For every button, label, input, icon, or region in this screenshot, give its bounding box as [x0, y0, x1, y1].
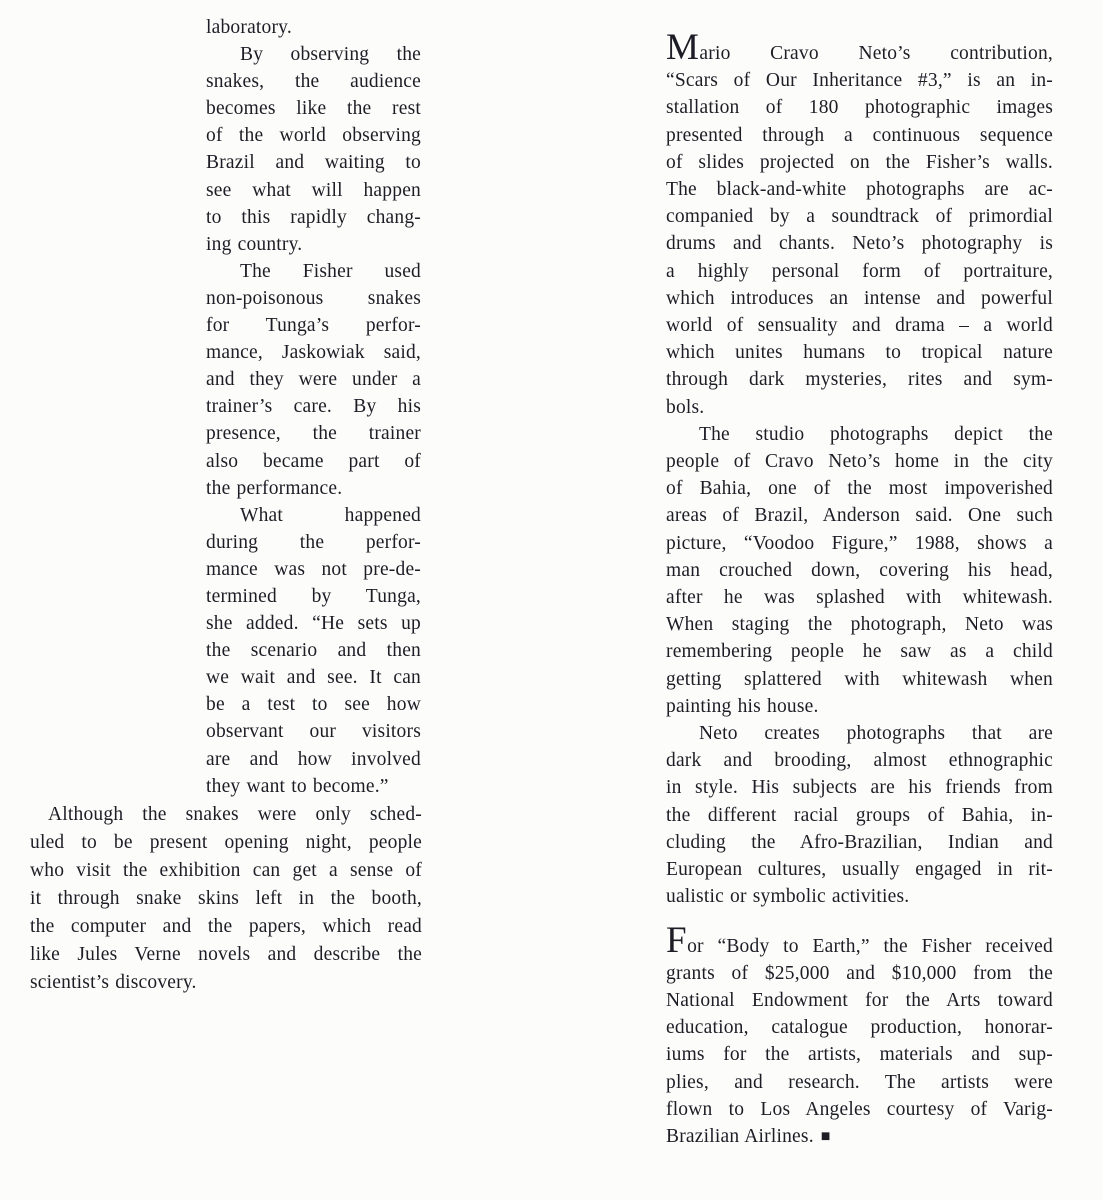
text-line: she added. “He sets up: [206, 610, 421, 637]
text-line: For “Body to Earth,” the Fisher received: [666, 933, 1053, 960]
paragraph: Although the snakes were only sched-uled…: [30, 801, 422, 997]
paragraph: Neto creates photographs that aredark an…: [666, 720, 1053, 910]
text-line: stallation of 180 photographic images: [666, 94, 1053, 121]
text-line: areas of Brazil, Anderson said. One such: [666, 502, 1053, 529]
text-line: scientist’s discovery.: [30, 969, 422, 997]
text-line: European cultures, usually engaged in ri…: [666, 856, 1053, 883]
text-line: the scenario and then: [206, 637, 421, 664]
text-line: snakes, the audience: [206, 68, 421, 95]
paragraph: Mario Cravo Neto’s contribution,“Scars o…: [666, 40, 1053, 421]
text-line: The Fisher used: [206, 258, 421, 285]
text-line: in style. His subjects are his friends f…: [666, 774, 1053, 801]
paragraph: What happenedduring the perfor-mance was…: [206, 502, 421, 800]
text-line: “Scars of Our Inheritance #3,” is an in-: [666, 67, 1053, 94]
text-line: grants of $25,000 and $10,000 from the: [666, 960, 1053, 987]
text-line: like Jules Verne novels and describe the: [30, 941, 422, 969]
text-line: during the perfor-: [206, 529, 421, 556]
text-line: world of sensuality and drama – a world: [666, 312, 1053, 339]
text-line: bols.: [666, 394, 1053, 421]
text-line: the different racial groups of Bahia, in…: [666, 802, 1053, 829]
text-line: The black-and-white photographs are ac-: [666, 176, 1053, 203]
text-line: mance, Jaskowiak said,: [206, 339, 421, 366]
text-line: observant our visitors: [206, 718, 421, 745]
text-line: people of Cravo Neto’s home in the city: [666, 448, 1053, 475]
text-line: companied by a soundtrack of primordial: [666, 203, 1053, 230]
text-line: becomes like the rest: [206, 95, 421, 122]
text-line: presence, the trainer: [206, 420, 421, 447]
paragraph: The Fisher usednon-poisonous snakesfor T…: [206, 258, 421, 502]
text-line: we wait and see. It can: [206, 664, 421, 691]
text-line: man crouched down, covering his head,: [666, 557, 1053, 584]
text-line: When staging the photograph, Neto was: [666, 611, 1053, 638]
paragraph: By observing thesnakes, the audiencebeco…: [206, 41, 421, 258]
text-line: By observing the: [206, 41, 421, 68]
text-line: painting his house.: [666, 693, 1053, 720]
text-line: a highly personal form of portraiture,: [666, 258, 1053, 285]
text-line: after he was splashed with whitewash.: [666, 584, 1053, 611]
text-line: see what will happen: [206, 177, 421, 204]
text-line: which introduces an intense and powerful: [666, 285, 1053, 312]
text-line: presented through a continuous sequence: [666, 122, 1053, 149]
text-line: Neto creates photographs that are: [666, 720, 1053, 747]
text-line: the performance.: [206, 475, 421, 502]
text-line: and they were under a: [206, 366, 421, 393]
text-line: Brazil and waiting to: [206, 149, 421, 176]
paragraph: The studio photographs depict thepeople …: [666, 421, 1053, 720]
text-line: termined by Tunga,: [206, 583, 421, 610]
text-line: ualistic or symbolic activities.: [666, 883, 1053, 910]
paragraph: laboratory.: [206, 14, 421, 41]
text-line: are and how involved: [206, 746, 421, 773]
scanned-article-page: laboratory.By observing thesnakes, the a…: [0, 0, 1103, 1200]
text-line: of Bahia, one of the most impoverished: [666, 475, 1053, 502]
text-line: they want to become.”: [206, 773, 421, 800]
text-line: the computer and the papers, which read: [30, 913, 422, 941]
text-line: mance was not pre-de-: [206, 556, 421, 583]
text-line: to this rapidly chang-: [206, 204, 421, 231]
raised-initial-capital: M: [666, 27, 699, 68]
text-line: iums for the artists, materials and sup-: [666, 1041, 1053, 1068]
text-line: Although the snakes were only sched-: [30, 801, 422, 829]
text-line: remembering people he saw as a child: [666, 638, 1053, 665]
text-line: flown to Los Angeles courtesy of Varig-: [666, 1096, 1053, 1123]
text-line: What happened: [206, 502, 421, 529]
raised-initial-capital: F: [666, 920, 687, 961]
text-line: trainer’s care. By his: [206, 393, 421, 420]
text-line: for Tunga’s perfor-: [206, 312, 421, 339]
text-line: also became part of: [206, 448, 421, 475]
text-line: plies, and research. The artists were: [666, 1069, 1053, 1096]
text-line: Mario Cravo Neto’s contribution,: [666, 40, 1053, 67]
text-line: of the world observing: [206, 122, 421, 149]
text-line: uled to be present opening night, people: [30, 829, 422, 857]
text-line: it through snake skins left in the booth…: [30, 885, 422, 913]
paragraph: For “Body to Earth,” the Fisher received…: [666, 933, 1053, 1152]
text-line: dark and brooding, almost ethnographic: [666, 747, 1053, 774]
text-line: picture, “Voodoo Figure,” 1988, shows a: [666, 530, 1053, 557]
text-line: who visit the exhibition can get a sense…: [30, 857, 422, 885]
text-line: through dark mysteries, rites and sym-: [666, 366, 1053, 393]
text-line: cluding the Afro-Brazilian, Indian and: [666, 829, 1053, 856]
text-line: getting splattered with whitewash when: [666, 666, 1053, 693]
text-line: ing country.: [206, 231, 421, 258]
text-line: The studio photographs depict the: [666, 421, 1053, 448]
right-column: Mario Cravo Neto’s contribution,“Scars o…: [666, 40, 1053, 1151]
text-line: be a test to see how: [206, 691, 421, 718]
text-line: which unites humans to tropical nature: [666, 339, 1053, 366]
text-line: non-poisonous snakes: [206, 285, 421, 312]
left-wide-paragraph-block: Although the snakes were only sched-uled…: [30, 801, 422, 997]
text-line: National Endowment for the Arts toward: [666, 987, 1053, 1014]
text-line: drums and chants. Neto’s photography is: [666, 230, 1053, 257]
text-line: laboratory.: [206, 14, 421, 41]
left-narrow-column: laboratory.By observing thesnakes, the a…: [206, 14, 421, 800]
text-line: Brazilian Airlines.■: [666, 1123, 1053, 1151]
end-of-article-marker-icon: ■: [821, 1123, 831, 1150]
text-line: education, catalogue production, honorar…: [666, 1014, 1053, 1041]
text-line: of slides projected on the Fisher’s wall…: [666, 149, 1053, 176]
